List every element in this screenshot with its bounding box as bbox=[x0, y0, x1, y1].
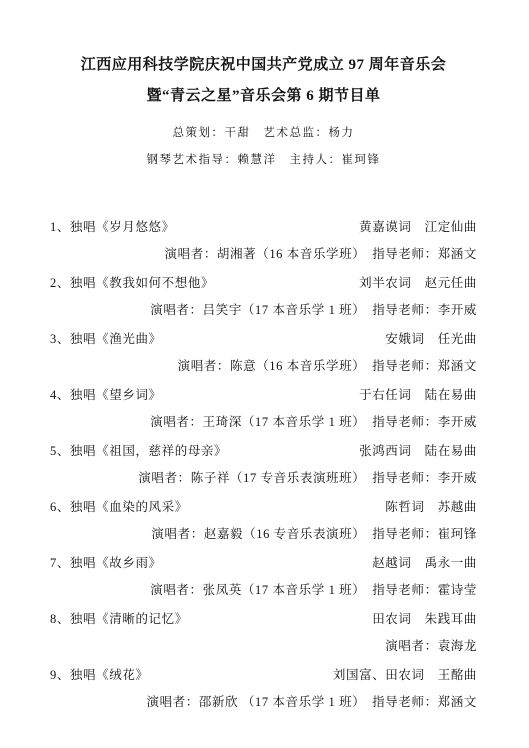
song-authors: 黄嘉谟词 江定仙曲 bbox=[359, 217, 477, 235]
song-authors: 张鸿西词 陆在易曲 bbox=[359, 441, 477, 459]
performer-line: 演唱者：胡湘著（16 本音乐学班） 指导老师：郑涵文 bbox=[50, 240, 477, 268]
program-item: 7、独唱《故乡雨》 赵越词 禹永一曲 演唱者：张凤英（17 本音乐学 1 班） … bbox=[50, 548, 477, 604]
song-title: 2、独唱《教我如何不想他》 bbox=[50, 273, 214, 291]
song-title: 4、独唱《望乡词》 bbox=[50, 385, 162, 403]
program-item: 6、独唱《血染的风采》 陈哲词 苏越曲 演唱者：赵嘉毅（16 专音乐表演班） 指… bbox=[50, 492, 477, 548]
song-title: 8、独唱《清晰的记忆》 bbox=[50, 609, 188, 627]
document-title-line2: 暨“青云之星”音乐会第 6 期节目单 bbox=[50, 81, 477, 112]
song-authors: 于右任词 陆在易曲 bbox=[359, 385, 477, 403]
performer-line: 演唱者：吕笑宇（17 本音乐学 1 班） 指导老师：李开威 bbox=[50, 296, 477, 324]
performer-line: 演唱者：邵新欣 （17 本音乐学 1 班） 指导老师：郑涵文 bbox=[50, 688, 477, 716]
performer-line: 演唱者：赵嘉毅（16 专音乐表演班） 指导老师：崔珂锋 bbox=[50, 520, 477, 548]
program-item: 1、独唱《岁月悠悠》 黄嘉谟词 江定仙曲 演唱者：胡湘著（16 本音乐学班） 指… bbox=[50, 212, 477, 268]
performer-line: 演唱者：陈子祥（17 专音乐表演班班） 指导老师：李开威 bbox=[50, 464, 477, 492]
program-document: 江西应用科技学院庆祝中国共产党成立 97 周年音乐会 暨“青云之星”音乐会第 6… bbox=[0, 0, 529, 748]
song-authors: 陈哲词 苏越曲 bbox=[385, 497, 477, 515]
document-title-line1: 江西应用科技学院庆祝中国共产党成立 97 周年音乐会 bbox=[50, 50, 477, 81]
song-authors: 刘半农词 赵元任曲 bbox=[359, 273, 477, 291]
song-authors: 田农词 朱践耳曲 bbox=[372, 609, 477, 627]
song-authors: 刘国富、田农词 王酩曲 bbox=[333, 665, 477, 683]
performer-line: 演唱者：陈意（16 本音乐学班） 指导老师：郑涵文 bbox=[50, 352, 477, 380]
credits-block: 总策划：干甜 艺术总监：杨力 钢琴艺术指导：赖慧洋 主持人：崔珂锋 bbox=[50, 120, 477, 174]
song-authors: 安娥词 任光曲 bbox=[385, 329, 477, 347]
performer-line: 演唱者：王琦深（17 本音乐学 1 班） 指导老师：李开威 bbox=[50, 408, 477, 436]
song-title: 6、独唱《血染的风采》 bbox=[50, 497, 188, 515]
program-item: 8、独唱《清晰的记忆》 田农词 朱践耳曲 演唱者：袁海龙 bbox=[50, 604, 477, 660]
program-item: 9、独唱《绒花》 刘国富、田农词 王酩曲 演唱者：邵新欣 （17 本音乐学 1 … bbox=[50, 660, 477, 716]
song-title: 1、独唱《岁月悠悠》 bbox=[50, 217, 175, 235]
song-title: 7、独唱《故乡雨》 bbox=[50, 553, 162, 571]
program-item: 5、独唱《祖国，慈祥的母亲》 张鸿西词 陆在易曲 演唱者：陈子祥（17 专音乐表… bbox=[50, 436, 477, 492]
program-item: 4、独唱《望乡词》 于右任词 陆在易曲 演唱者：王琦深（17 本音乐学 1 班）… bbox=[50, 380, 477, 436]
song-title: 9、独唱《绒花》 bbox=[50, 665, 149, 683]
song-title: 5、独唱《祖国，慈祥的母亲》 bbox=[50, 441, 227, 459]
program-item: 3、独唱《渔光曲》 安娥词 任光曲 演唱者：陈意（16 本音乐学班） 指导老师：… bbox=[50, 324, 477, 380]
song-title: 3、独唱《渔光曲》 bbox=[50, 329, 162, 347]
program-item: 2、独唱《教我如何不想他》 刘半农词 赵元任曲 演唱者：吕笑宇（17 本音乐学 … bbox=[50, 268, 477, 324]
song-authors: 赵越词 禹永一曲 bbox=[372, 553, 477, 571]
program-list: 1、独唱《岁月悠悠》 黄嘉谟词 江定仙曲 演唱者：胡湘著（16 本音乐学班） 指… bbox=[50, 212, 477, 716]
credits-producers: 总策划：干甜 艺术总监：杨力 bbox=[50, 120, 477, 147]
performer-line: 演唱者：张凤英（17 本音乐学 1 班） 指导老师：霍诗莹 bbox=[50, 576, 477, 604]
credits-piano-host: 钢琴艺术指导：赖慧洋 主持人：崔珂锋 bbox=[50, 147, 477, 174]
performer-line: 演唱者：袁海龙 bbox=[50, 632, 477, 660]
